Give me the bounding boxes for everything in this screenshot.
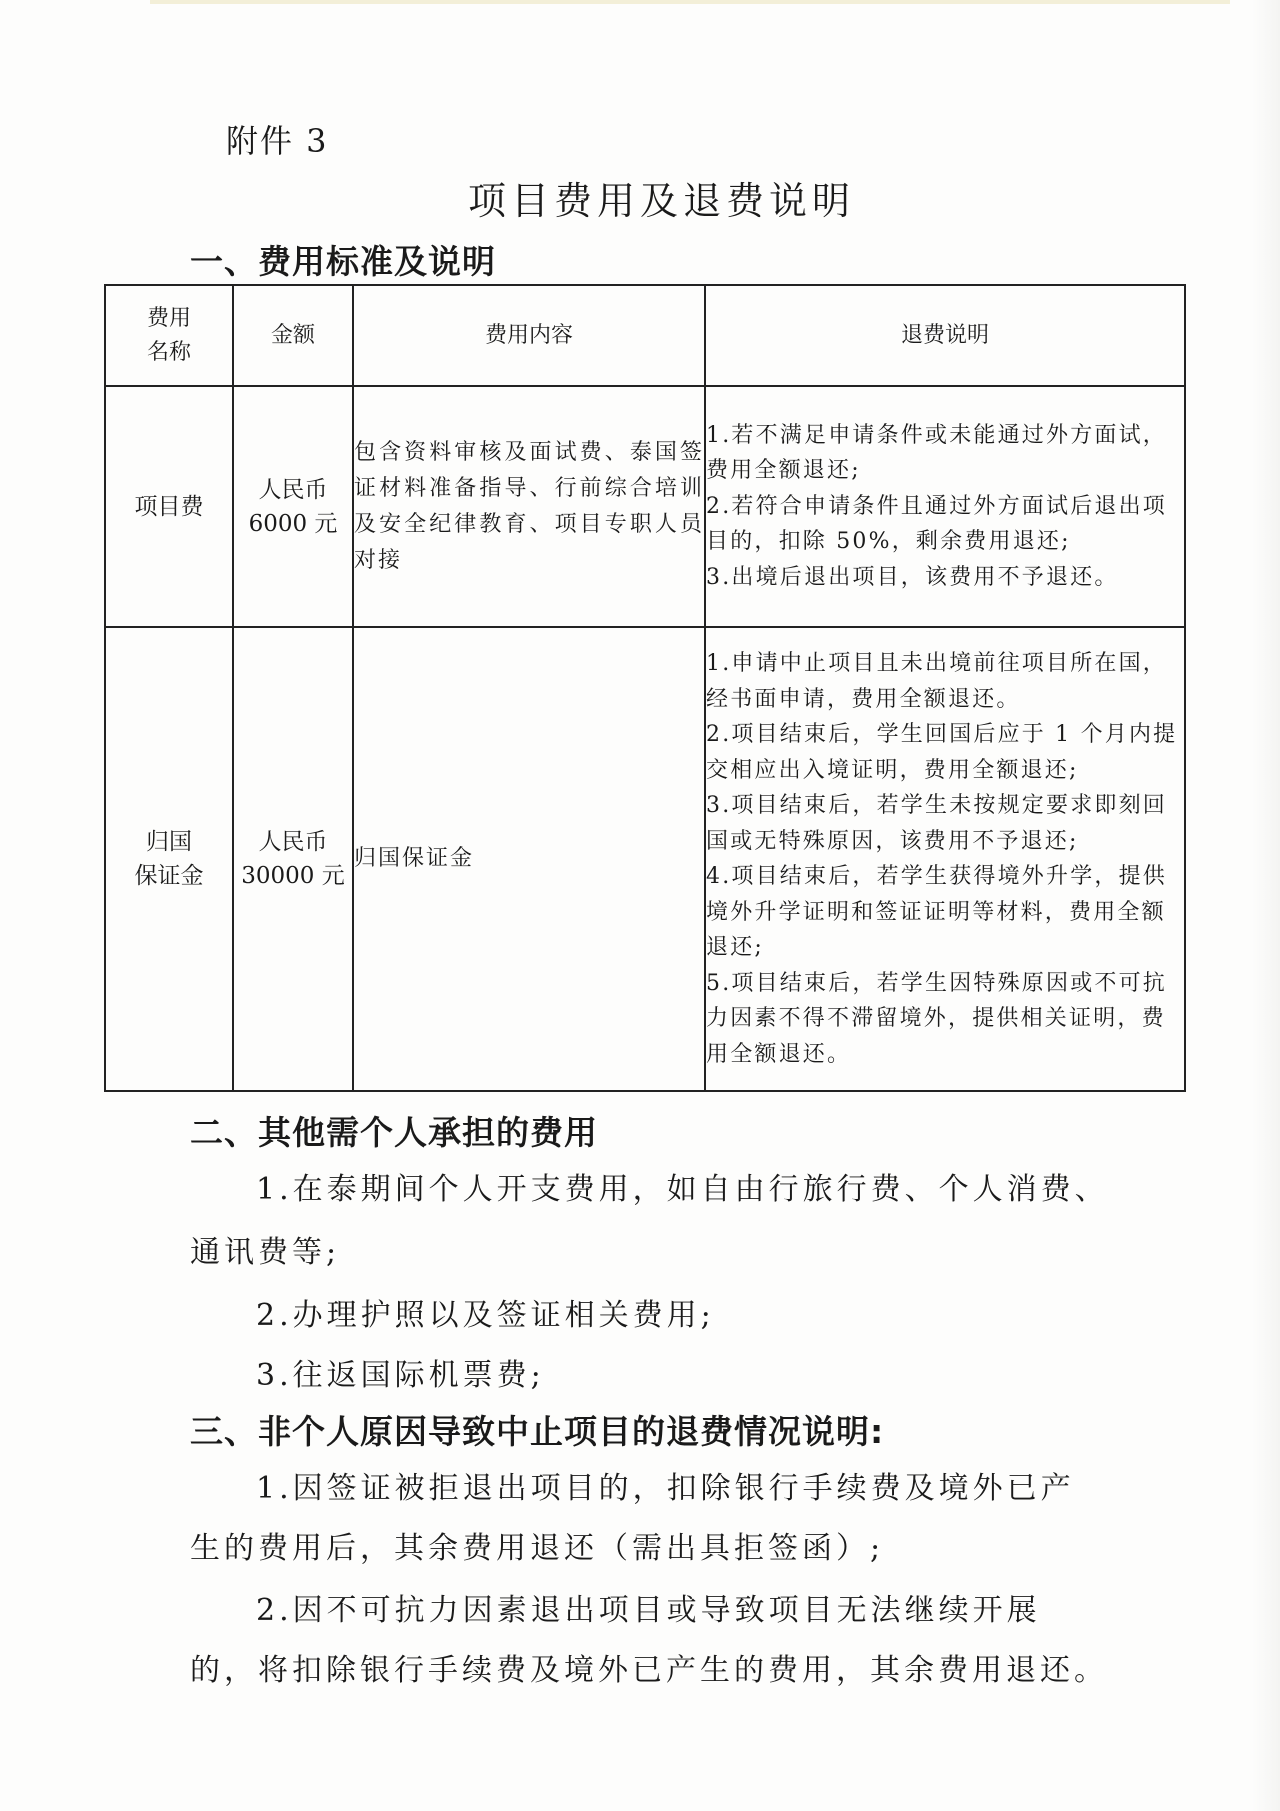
refund-item: 2.项目结束后，学生回国后应于 1 个月内提交相应出入境证明，费用全额退还; <box>706 717 1184 788</box>
section-1-heading: 一、费用标准及说明 <box>190 236 496 283</box>
refund-item: 1.若不满足申请条件或未能通过外方面试，费用全额退还; <box>706 418 1184 489</box>
header-refund: 退费说明 <box>705 285 1185 386</box>
table-header-row: 费用 名称 金额 费用内容 退费说明 <box>105 285 1185 386</box>
refund-cell: 1.若不满足申请条件或未能通过外方面试，费用全额退还; 2.若符合申请条件且通过… <box>705 386 1185 627</box>
content-cell: 包含资料审核及面试费、泰国签证材料准备指导、行前综合培训及安全纪律教育、项目专职… <box>353 386 705 627</box>
fee-table: 费用 名称 金额 费用内容 退费说明 项目费 人民币 6000 元 包含资料审核… <box>104 284 1186 1092</box>
section-2-item-1-line-1: 1.在泰期间个人开支费用，如自由行旅行费、个人消费、 <box>256 1164 1109 1208</box>
refund-item: 3.出境后退出项目，该费用不予退还。 <box>706 560 1184 596</box>
section-2-heading: 二、其他需个人承担的费用 <box>190 1107 598 1154</box>
section-2-item-1-line-2: 通讯费等; <box>190 1227 340 1271</box>
content-cell: 归国保证金 <box>353 627 705 1091</box>
section-3-item-2-line-2: 的，将扣除银行手续费及境外已产生的费用，其余费用退还。 <box>190 1645 1108 1689</box>
fee-name-cell: 项目费 <box>105 386 233 627</box>
fee-name-cell: 归国 保证金 <box>105 627 233 1091</box>
table-row: 项目费 人民币 6000 元 包含资料审核及面试费、泰国签证材料准备指导、行前综… <box>105 386 1185 627</box>
section-3-item-1-line-1: 1.因签证被拒退出项目的，扣除银行手续费及境外已产 <box>256 1463 1075 1507</box>
refund-item: 1.申请中止项目且未出境前往项目所在国，经书面申请，费用全额退还。 <box>706 646 1184 717</box>
scan-edge-artifact <box>150 0 1230 4</box>
document-title: 项目费用及退费说明 <box>468 170 855 225</box>
amount-cell: 人民币 6000 元 <box>233 386 353 627</box>
section-3-item-2-line-1: 2.因不可抗力因素退出项目或导致项目无法继续开展 <box>256 1585 1041 1629</box>
refund-item: 3.项目结束后，若学生未按规定要求即刻回国或无特殊原因，该费用不予退还; <box>706 788 1184 859</box>
header-amount: 金额 <box>233 285 353 386</box>
refund-item: 4.项目结束后，若学生获得境外升学，提供境外升学证明和签证证明等材料，费用全额退… <box>706 859 1184 966</box>
attachment-label: 附件 3 <box>226 116 329 162</box>
section-2-item-3: 3.往返国际机票费; <box>256 1350 545 1394</box>
table-row: 归国 保证金 人民币 30000 元 归国保证金 1.申请中止项目且未出境前往项… <box>105 627 1185 1091</box>
header-content: 费用内容 <box>353 285 705 386</box>
refund-item: 2.若符合申请条件且通过外方面试后退出项目的，扣除 50%，剩余费用退还; <box>706 489 1184 560</box>
section-3-heading: 三、非个人原因导致中止项目的退费情况说明: <box>190 1406 884 1453</box>
section-3-item-1-line-2: 生的费用后，其余费用退还（需出具拒签函）; <box>190 1523 884 1567</box>
scan-shadow <box>1252 0 1280 1811</box>
refund-item: 5.项目结束后，若学生因特殊原因或不可抗力因素不得不滞留境外，提供相关证明，费用… <box>706 966 1184 1073</box>
header-fee-name: 费用 名称 <box>105 285 233 386</box>
section-2-item-2: 2.办理护照以及签证相关费用; <box>256 1290 715 1334</box>
amount-cell: 人民币 30000 元 <box>233 627 353 1091</box>
refund-cell: 1.申请中止项目且未出境前往项目所在国，经书面申请，费用全额退还。 2.项目结束… <box>705 627 1185 1091</box>
